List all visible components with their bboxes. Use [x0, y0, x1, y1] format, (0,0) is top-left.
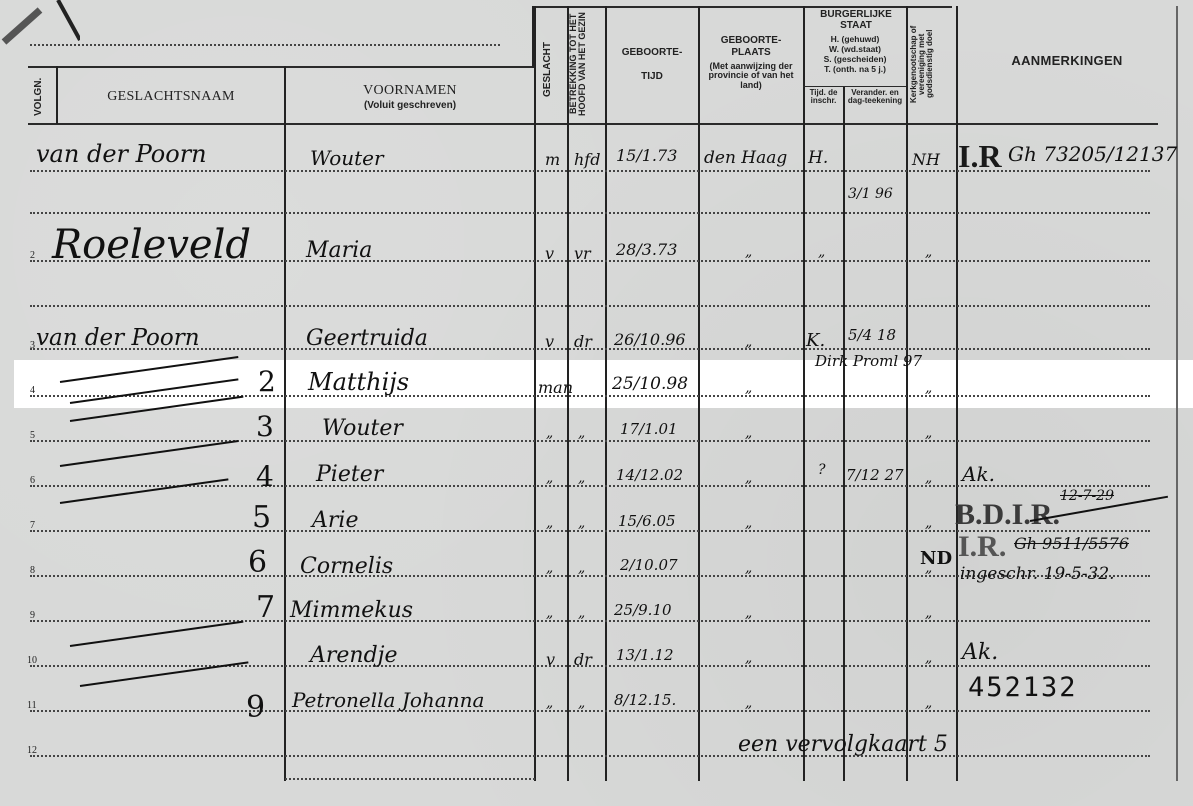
- relation-cell: „: [578, 515, 585, 531]
- birth-date-cell: 14/12.02: [616, 466, 683, 484]
- birth-date-cell: 15/1.73: [616, 146, 677, 165]
- header-geboortetijd-2: TIJD: [607, 72, 697, 83]
- row-number: 6: [30, 475, 35, 486]
- remarks-ingeschreven: ingeschr. 19-5-32.: [960, 564, 1115, 584]
- birth-place-cell: „: [745, 334, 752, 350]
- row-line-13: [285, 778, 535, 780]
- archive-number: 452132: [968, 672, 1078, 703]
- given-name-cell: Wouter: [310, 146, 384, 170]
- relation-cell: „: [578, 695, 585, 711]
- sex-cell: „: [546, 605, 553, 621]
- relation-cell: „: [578, 560, 585, 576]
- header-aanmerkingen: AANMERKINGEN: [958, 54, 1176, 68]
- given-name-cell: Arendje: [310, 643, 398, 668]
- birth-place-cell: „: [745, 244, 752, 260]
- col-line-bs-tijd: [843, 86, 845, 781]
- birth-place-cell: „: [745, 470, 752, 486]
- header-bs-verander: Verander. en dag-teekening: [844, 89, 906, 106]
- civil-status-cell: H.: [808, 148, 828, 168]
- remarks-strikethrough-number: Gh 9511/5576: [1014, 534, 1129, 553]
- row-line-1b: [30, 212, 1150, 214]
- row-number: 12: [27, 745, 37, 756]
- sex-cell: „: [546, 515, 553, 531]
- given-name-cell: Geertruida: [306, 326, 428, 351]
- civil-status-cell: K.: [806, 330, 825, 351]
- header-geboorteplaats-2: PLAATS: [700, 48, 802, 59]
- col-line-geslachtsnaam: [284, 66, 286, 781]
- religion-cell: „: [925, 695, 932, 711]
- birth-date-cell: 2/10.07: [620, 556, 678, 574]
- row-number: 8: [30, 565, 35, 576]
- birth-place-cell: „: [745, 605, 752, 621]
- row-line-12: [30, 755, 1150, 757]
- col-line-right-edge: [1176, 6, 1178, 781]
- child-ref-number: 3: [256, 410, 274, 443]
- birth-date-cell: 8/12.15.: [614, 691, 676, 709]
- religion-cell: „: [925, 470, 932, 486]
- birth-place-cell: „: [745, 695, 752, 711]
- civil-status-cell: „: [818, 244, 825, 260]
- given-name-cell: Cornelis: [300, 554, 393, 579]
- continuation-note: een vervolgkaart 5: [738, 732, 948, 757]
- sex-cell: v: [545, 332, 554, 351]
- bdir-stamp: B.D.I.R.: [955, 498, 1060, 532]
- birth-place-cell: „: [745, 560, 752, 576]
- ditto-stroke: [60, 440, 239, 467]
- religion-cell: „: [925, 380, 932, 396]
- sex-cell: „: [546, 560, 553, 576]
- relation-cell: „: [578, 470, 585, 486]
- given-name-cell: Wouter: [322, 416, 403, 441]
- birth-date-cell: 25/9.10: [614, 601, 672, 619]
- remarks-cell: Ak.: [962, 462, 995, 486]
- header-bs-s: S. (gescheiden): [805, 55, 905, 64]
- birth-place-cell: „: [745, 650, 752, 666]
- header-voornamen-sub: (Voluit geschreven): [288, 101, 532, 112]
- birth-date-cell: 26/10.96: [614, 330, 686, 349]
- given-name-cell: Pieter: [316, 462, 383, 487]
- header-top-line: [28, 66, 533, 68]
- relation-cell: hfd: [574, 150, 600, 169]
- sex-cell: v: [545, 244, 554, 263]
- religion-cell: „: [925, 425, 932, 441]
- header-geboortetijd-1: GEBOORTE-: [607, 48, 697, 59]
- row-number: 2: [30, 250, 35, 261]
- sex-cell: „: [546, 470, 553, 486]
- remarks-cell: Gh 73205/12137: [1008, 142, 1177, 166]
- birth-place-cell: „: [745, 380, 752, 396]
- birth-date-cell: 15/6.05: [618, 512, 676, 530]
- given-name-cell: Petronella Johanna: [292, 688, 484, 712]
- row-number: 4: [30, 385, 35, 396]
- row-line-4: [30, 395, 1150, 397]
- header-bs-w: W. (wd.staat): [805, 45, 905, 54]
- header-bs-tijd: Tijd. de inschr.: [804, 89, 843, 106]
- row-number: 10: [27, 655, 37, 666]
- civil-status-cell: ?: [818, 462, 826, 478]
- given-name-cell: Maria: [306, 238, 372, 263]
- dirk-note: Dirk Proml 97: [815, 352, 922, 370]
- nd-mark: ND: [920, 548, 952, 569]
- birth-place-cell: den Haag: [704, 148, 787, 168]
- row-number: 9: [30, 610, 35, 621]
- header-burgerlijke-staat: BURGERLIJKE STAAT: [808, 10, 904, 31]
- remarks-strikethrough-date: 12-7-29: [1060, 488, 1114, 504]
- header-kerkgenootschap: Kerkgenootschap of vereeniging met godsd…: [910, 8, 954, 120]
- religion-cell: „: [925, 244, 932, 260]
- ditto-stroke: [60, 478, 229, 504]
- row-number: 5: [30, 430, 35, 441]
- child-ref-number: 2: [258, 365, 276, 398]
- header-voornamen: VOORNAMEN: [288, 84, 532, 99]
- relation-cell: „: [578, 425, 585, 441]
- register-card: VOLGN. GESLACHTSNAAM VOORNAMEN (Voluit g…: [0, 0, 1193, 806]
- header-geslacht: GESLACHT: [543, 20, 553, 120]
- surname-cell: van der Poorn: [36, 325, 200, 351]
- header-geboorteplaats-1: GEBOORTE-: [700, 36, 802, 47]
- header-betrekking: BETREKKING TOT HET HOOFD VAN HET GEZIN: [569, 8, 603, 120]
- header-bottom-line: [28, 123, 1158, 125]
- sex-cell: „: [546, 695, 553, 711]
- given-name-cell: Arie: [312, 508, 358, 533]
- relation-cell: vr: [574, 244, 591, 263]
- civil-change-cell: 3/1 96: [848, 186, 893, 202]
- religion-cell: „: [925, 515, 932, 531]
- child-ref-number: 6: [248, 545, 267, 580]
- row-line-5: [30, 440, 1150, 442]
- header-geboorteplaats-sub: (Met aanwijzing der provincie of van het…: [704, 62, 798, 90]
- surname-cell: Roeleveld: [52, 222, 251, 268]
- birth-date-cell: 13/1.12: [616, 646, 674, 664]
- sex-cell: „: [546, 425, 553, 441]
- row-line-2b: [30, 305, 1150, 307]
- remarks-cell: Ak.: [962, 640, 998, 665]
- header-volgn: VOLGN.: [34, 72, 44, 122]
- relation-cell: dr: [574, 332, 592, 351]
- header-bs-h: H. (gehuwd): [805, 35, 905, 44]
- relation-cell: „: [578, 605, 585, 621]
- religion-cell: „: [925, 605, 932, 621]
- sex-cell: man: [538, 378, 573, 397]
- religion-cell: „: [925, 650, 932, 666]
- child-ref-number: 4: [256, 460, 274, 493]
- sex-cell: m: [545, 150, 560, 169]
- row-line-9: [30, 620, 1150, 622]
- birth-place-cell: „: [745, 515, 752, 531]
- child-ref-number: 9: [246, 690, 265, 725]
- given-name-cell: Mimmekus: [290, 598, 413, 623]
- ir-stamp: I.R: [958, 138, 1002, 175]
- row-number: 11: [27, 700, 37, 711]
- sex-cell: v: [546, 650, 555, 669]
- row-line-11: [30, 710, 1150, 712]
- birth-date-cell: 25/10.98: [612, 374, 688, 394]
- top-dotted-line: [30, 44, 500, 46]
- row-number: 3: [30, 340, 35, 351]
- civil-change-cell: 5/4 18: [848, 326, 896, 344]
- civil-change-cell: 7/12 27: [846, 466, 904, 484]
- birth-place-cell: „: [745, 425, 752, 441]
- given-name-cell: Matthijs: [308, 368, 409, 396]
- religion-cell: NH: [912, 150, 940, 169]
- surname-cell: van der Poorn: [36, 140, 207, 168]
- ir-stamp-2: I.R.: [958, 530, 1006, 564]
- child-ref-number: 7: [256, 590, 275, 625]
- row-number: 7: [30, 520, 35, 531]
- birth-date-cell: 28/3.73: [616, 240, 677, 259]
- ditto-stroke: [70, 621, 244, 647]
- col-line-volgn: [56, 66, 58, 124]
- corner-mark: [0, 0, 80, 45]
- header-geslachtsnaam: GESLACHTSNAAM: [60, 90, 282, 105]
- relation-cell: dr: [574, 650, 592, 669]
- header-bs-t: T. (onth. na 5 j.): [805, 65, 905, 74]
- child-ref-number: 5: [252, 500, 271, 535]
- bs-sub-line: [803, 86, 906, 87]
- birth-date-cell: 17/1.01: [620, 420, 678, 438]
